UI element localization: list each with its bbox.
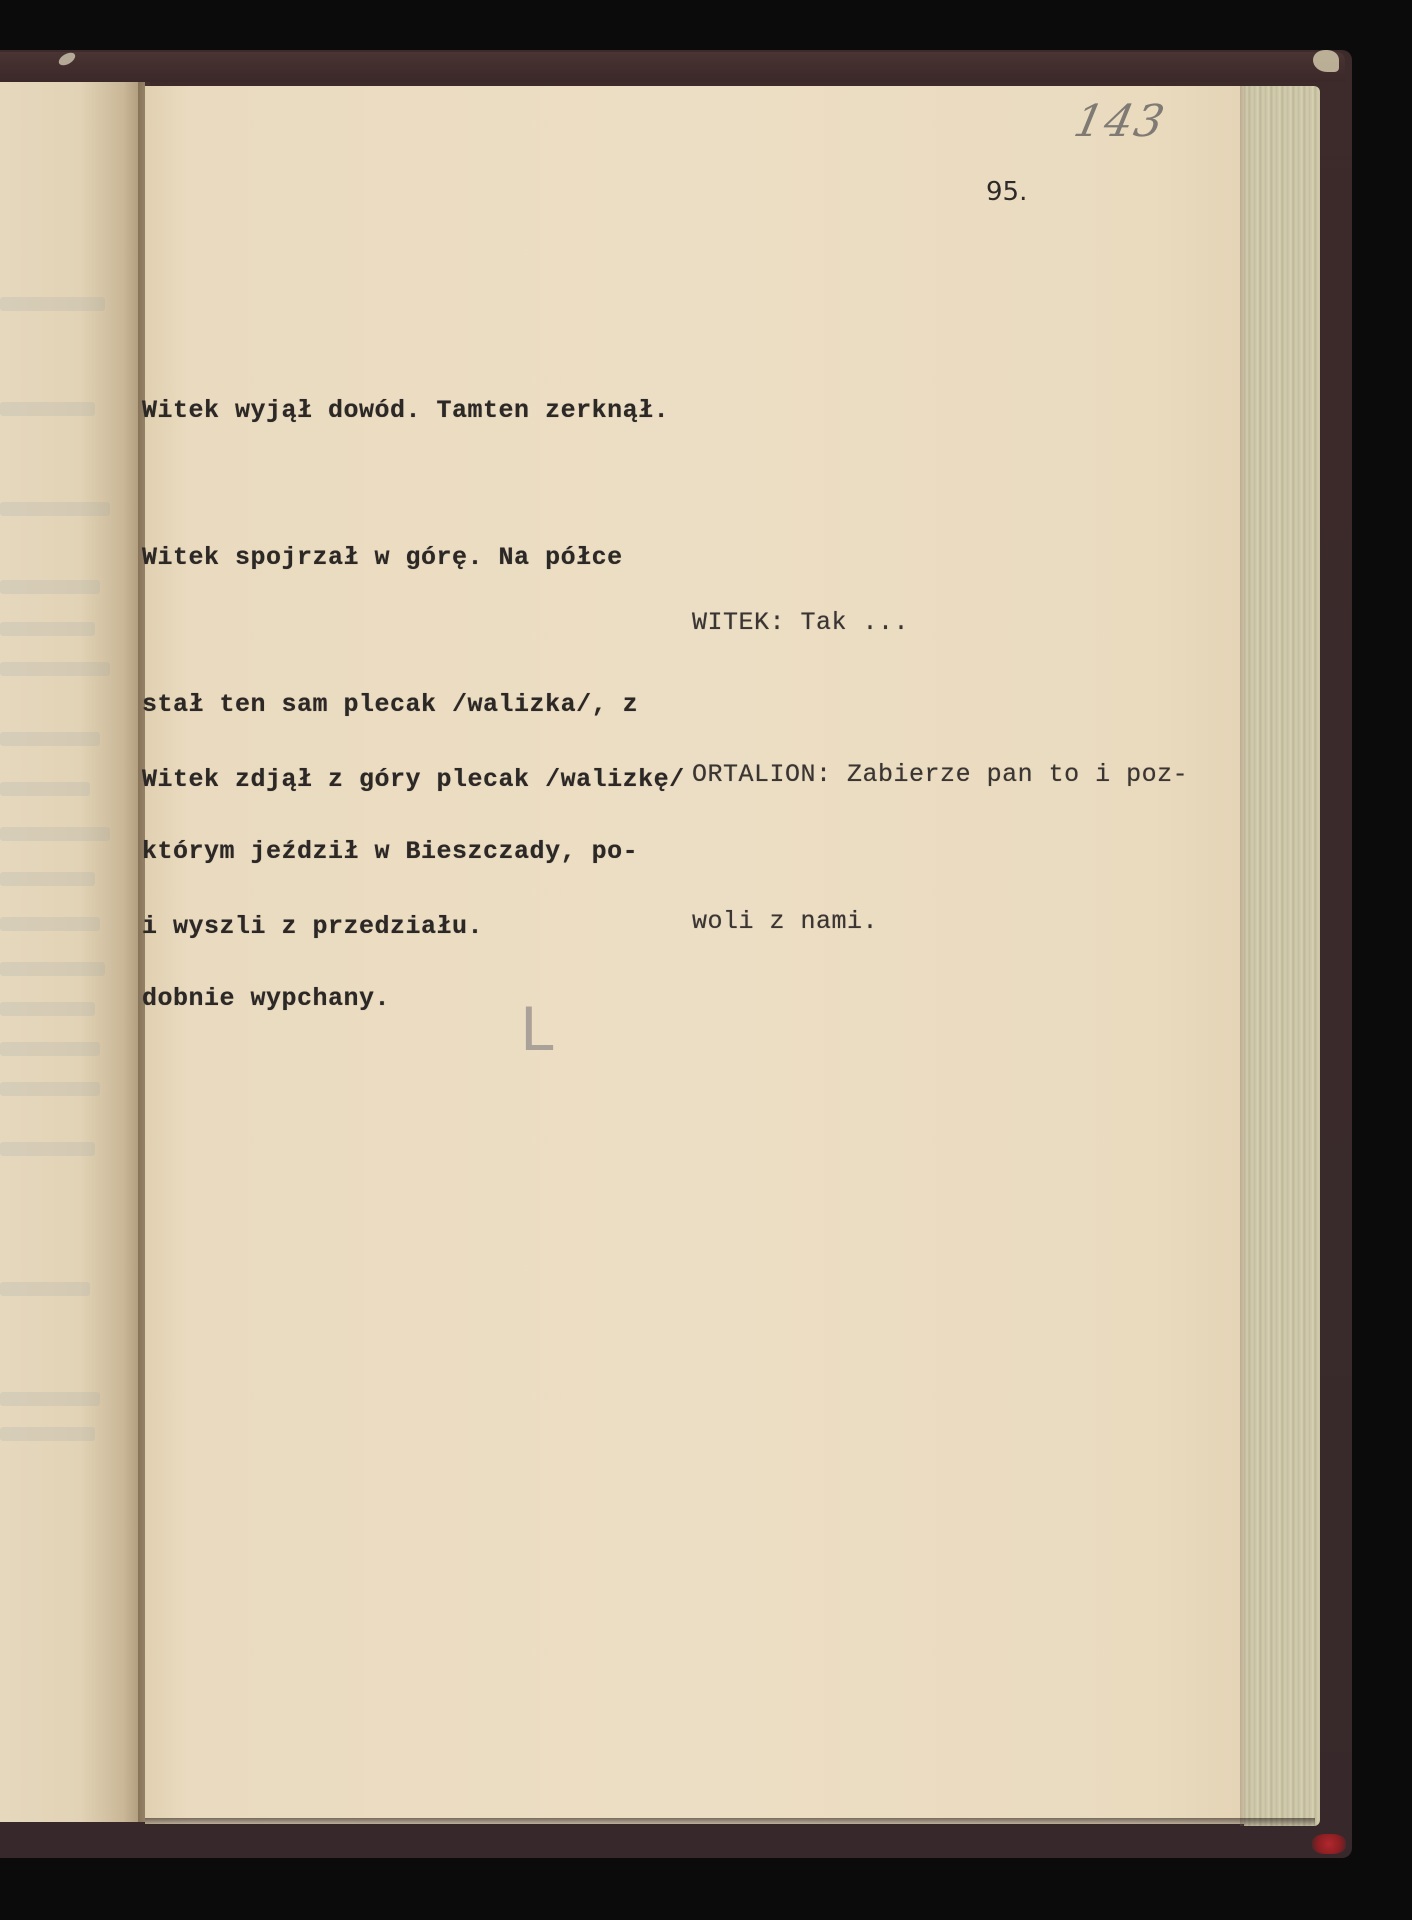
scanned-book-spread: 143 95. Witek wyjął dowód. Tamten zerkną… — [0, 0, 1412, 1920]
bleed-through-text — [0, 1142, 95, 1156]
bleed-through-text — [0, 580, 100, 594]
bleed-through-text — [0, 1392, 100, 1406]
narration-line: i wyszli z przedziału. — [142, 902, 685, 951]
bleed-through-text — [0, 782, 90, 796]
bleed-through-text — [0, 297, 105, 311]
bleed-through-text — [0, 1082, 100, 1096]
bleed-through-text — [0, 1427, 95, 1441]
dialogue-text: Tak ... — [801, 608, 910, 637]
left-facing-page — [0, 82, 145, 1822]
dialogue-block: WITEK: Tak ... ORTALION: Zabierze pan to… — [692, 500, 1188, 1044]
red-corner-mark — [1312, 1834, 1346, 1854]
narration-block-2: Witek zdjął z góry plecak /walizkę/ i wy… — [142, 657, 685, 1049]
speaker-name: WITEK: — [692, 608, 785, 637]
dialogue-text: Zabierze pan to i poz- — [847, 760, 1188, 789]
bleed-through-text — [0, 962, 105, 976]
cover-corner-wear — [1313, 50, 1339, 72]
bleed-through-text — [0, 917, 100, 931]
dialogue-continuation: woli z nami. — [692, 897, 1188, 946]
page-fore-edge-stack — [1244, 86, 1320, 1826]
cover-top-edge — [0, 52, 1345, 82]
speaker-name: ORTALION: — [692, 760, 832, 789]
bleed-through-text — [0, 1042, 100, 1056]
handwritten-archive-number: 143 — [1070, 96, 1171, 147]
bleed-through-text — [0, 1002, 95, 1016]
bleed-through-text — [0, 872, 95, 886]
bleed-through-text — [0, 662, 110, 676]
page-stack-shadow — [1240, 86, 1248, 1826]
bleed-through-text — [0, 827, 110, 841]
bleed-through-text — [0, 502, 110, 516]
bleed-through-text — [0, 732, 100, 746]
bleed-through-text — [0, 622, 95, 636]
narration-line: Witek zdjął z góry plecak /walizkę/ — [142, 755, 685, 804]
bleed-through-text — [0, 1282, 90, 1296]
pencil-mark: L — [520, 995, 553, 1065]
dialogue-line-ortalion: ORTALION: Zabierze pan to i poz- — [692, 750, 1188, 799]
dialogue-line-witek: WITEK: Tak ... — [692, 598, 1188, 647]
page-bottom-shadow — [145, 1818, 1315, 1828]
narration-line: Witek wyjął dowód. Tamten zerknął. — [142, 386, 669, 435]
page-number: 95. — [986, 177, 1027, 207]
bleed-through-text — [0, 402, 95, 416]
narration-line: Witek spojrzał w górę. Na półce — [142, 533, 669, 582]
